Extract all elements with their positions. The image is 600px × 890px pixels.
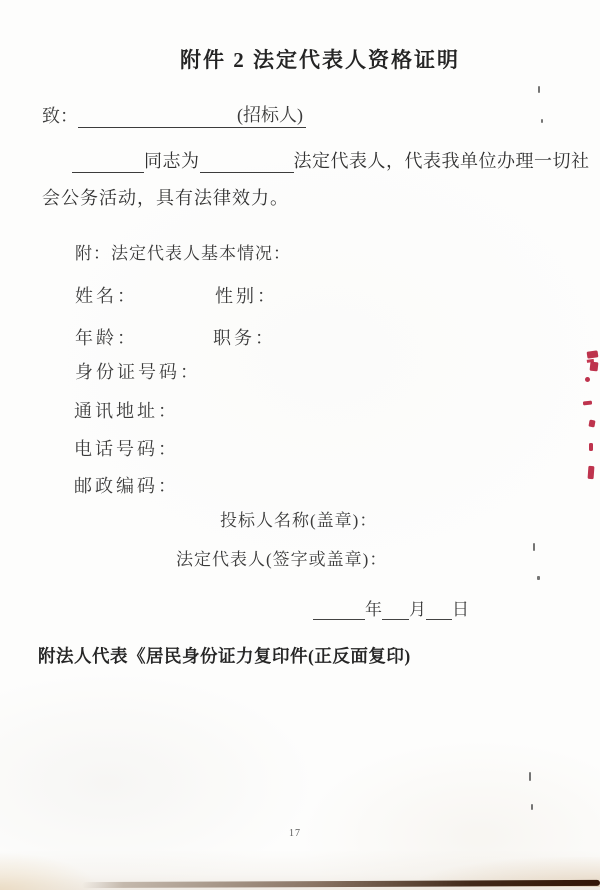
field-id-number-label: 身份证号码： (75, 358, 201, 384)
year-blank (313, 616, 365, 620)
bottom-left-corner-tint (0, 852, 100, 890)
red-stamp-fragment (589, 443, 593, 451)
red-stamp-fragment (583, 401, 592, 406)
legal-rep-label: 法定代表人(签字或盖章)： (176, 545, 387, 570)
day-label: 日 (452, 595, 469, 620)
statement-line-2: 会公务活动，具有法律效力。 (42, 184, 289, 210)
field-gender-label: 性别： (215, 282, 278, 308)
to-label: 致： (42, 102, 78, 128)
scan-speck (538, 86, 540, 93)
bidder-name-label: 投标人名称(盖章)： (220, 506, 377, 531)
page-number: 17 (0, 828, 590, 839)
statement-seg-1: 同志为 (144, 147, 200, 173)
scanned-document-page: 附件 2 法定代表人资格证明 致： (招标人) 同志为 法定代表人，代表我单位办… (0, 0, 600, 890)
day-blank (426, 616, 452, 620)
field-age-label: 年龄： (75, 324, 138, 350)
statement-seg-2: 法定代表人，代表我单位办理一切社 (294, 147, 590, 173)
red-stamp-fragment (588, 466, 595, 479)
footnote: 附法人代表《居民身份证力复印件(正反面复印) (38, 643, 411, 668)
red-stamp-fragment (590, 362, 599, 372)
recipient-blank (78, 124, 234, 128)
bottom-edge-tint (0, 850, 600, 890)
unit-name-blank (200, 169, 294, 173)
field-name-label: 姓名： (75, 282, 138, 308)
scan-speck (541, 119, 543, 123)
bottom-right-corner-tint (420, 857, 600, 887)
field-position-label: 职务： (213, 324, 276, 350)
scan-speck (533, 543, 535, 551)
red-stamp-fragment (587, 350, 599, 358)
red-stamp-fragment (585, 377, 590, 382)
statement-line-1: 同志为 法定代表人，代表我单位办理一切社 (72, 147, 590, 173)
scan-speck (529, 772, 531, 781)
red-stamp-fragment (588, 420, 595, 428)
month-blank (382, 616, 409, 620)
date-line: 年 月 日 (313, 595, 469, 620)
scan-speck (537, 576, 540, 580)
field-address-label: 通讯地址： (74, 397, 179, 423)
page-edge-shadow (82, 880, 600, 888)
document-title: 附件 2 法定代表人资格证明 (48, 44, 592, 74)
field-phone-label: 电话号码： (74, 435, 179, 461)
to-line: 致： (招标人) (42, 101, 306, 128)
rep-name-blank (72, 169, 144, 173)
field-postal-code-label: 邮政编码： (74, 472, 179, 498)
year-label: 年 (365, 595, 382, 620)
attachment-heading: 附：法定代表人基本情况： (75, 239, 291, 264)
month-label: 月 (409, 595, 426, 620)
recipient-hint: (招标人) (234, 101, 306, 128)
scan-speck (531, 804, 533, 810)
